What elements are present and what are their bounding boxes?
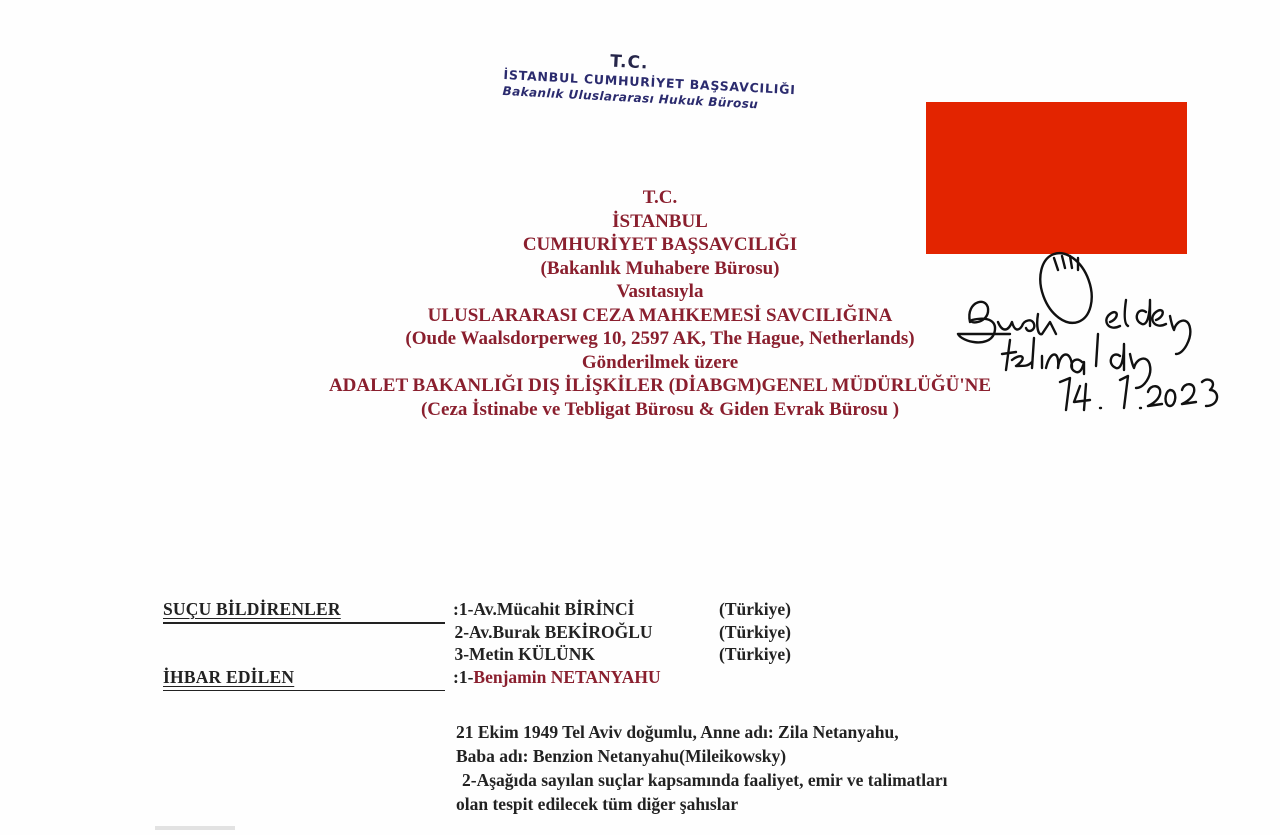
accused-details: 21 Ekim 1949 Tel Aviv doğumlu, Anne adı:… xyxy=(456,720,1176,816)
complainant-row: 3-Metin KÜLÜNK (Türkiye) xyxy=(163,643,1163,666)
header-city: İSTANBUL xyxy=(160,210,1160,234)
accused-label-text: İHBAR EDİLEN xyxy=(163,667,294,687)
label-underline xyxy=(163,690,445,692)
complainant-name-text: Av.Mücahit BİRİNCİ xyxy=(473,599,634,619)
complainant-country: (Türkiye) xyxy=(719,643,791,666)
complainants-label-text: SUÇU BİLDİRENLER xyxy=(163,599,341,619)
accused-name: :1-Benjamin NETANYAHU xyxy=(453,666,661,689)
label-underline xyxy=(163,622,445,624)
addressee-header: T.C. İSTANBUL CUMHURİYET BAŞSAVCILIĞI (B… xyxy=(160,186,1160,421)
complainant-country: (Türkiye) xyxy=(719,598,791,621)
parties-section: SUÇU BİLDİRENLER :1-Av.Mücahit BİRİNCİ (… xyxy=(163,598,1163,688)
complainant-prefix: 3- xyxy=(454,644,469,664)
complainants-label: SUÇU BİLDİRENLER xyxy=(163,598,453,621)
other-persons-line-2: olan tespit edilecek tüm diğer şahıslar xyxy=(456,792,1176,816)
complainant-name: 3-Metin KÜLÜNK xyxy=(453,643,719,666)
header-via: Vasıtasıyla xyxy=(160,280,1160,304)
accused-label: İHBAR EDİLEN xyxy=(163,666,453,689)
faint-next-line xyxy=(155,826,235,830)
other-persons-line-1: 2-Aşağıda sayılan suçlar kapsamında faal… xyxy=(456,768,1176,792)
complainant-prefix: 2- xyxy=(454,622,469,642)
complainant-name: 2-Av.Burak BEKİROĞLU xyxy=(453,621,719,644)
header-icc-address: (Oude Waalsdorperweg 10, 2597 AK, The Ha… xyxy=(160,327,1160,351)
complainant-name-text: Metin KÜLÜNK xyxy=(469,644,595,664)
complainant-prefix: :1- xyxy=(453,599,473,619)
header-to-be-sent: Gönderilmek üzere xyxy=(160,351,1160,375)
complainant-country: (Türkiye) xyxy=(719,621,791,644)
complainant-name: :1-Av.Mücahit BİRİNCİ xyxy=(453,598,719,621)
accused-prefix: :1- xyxy=(453,667,473,687)
header-ministry: ADALET BAKANLIĞI DIŞ İLİŞKİLER (DİABGM)G… xyxy=(160,374,1160,398)
header-prosecutor-office: CUMHURİYET BAŞSAVCILIĞI xyxy=(160,233,1160,257)
accused-birth-info: 21 Ekim 1949 Tel Aviv doğumlu, Anne adı:… xyxy=(456,720,1176,744)
complainant-name-text: Av.Burak BEKİROĞLU xyxy=(469,622,652,642)
header-bureau: (Bakanlık Muhabere Bürosu) xyxy=(160,257,1160,281)
header-tc: T.C. xyxy=(160,186,1160,210)
header-icc-prosecutor: ULUSLARARASI CEZA MAHKEMESİ SAVCILIĞINA xyxy=(160,304,1160,328)
complainant-row: 2-Av.Burak BEKİROĞLU (Türkiye) xyxy=(163,621,1163,644)
accused-name-text: Benjamin NETANYAHU xyxy=(473,667,660,687)
accused-father-info: Baba adı: Benzion Netanyahu(Mileikowsky) xyxy=(456,744,1176,768)
complainant-row: SUÇU BİLDİRENLER :1-Av.Mücahit BİRİNCİ (… xyxy=(163,598,1163,621)
header-ministry-bureau: (Ceza İstinabe ve Tebligat Bürosu & Gide… xyxy=(160,398,1160,422)
official-stamp: T.C. İSTANBUL CUMHURİYET BAŞSAVCILIĞI Ba… xyxy=(502,46,884,118)
accused-row: İHBAR EDİLEN :1-Benjamin NETANYAHU xyxy=(163,666,1163,689)
document-page: T.C. İSTANBUL CUMHURİYET BAŞSAVCILIĞI Ba… xyxy=(0,0,1280,835)
